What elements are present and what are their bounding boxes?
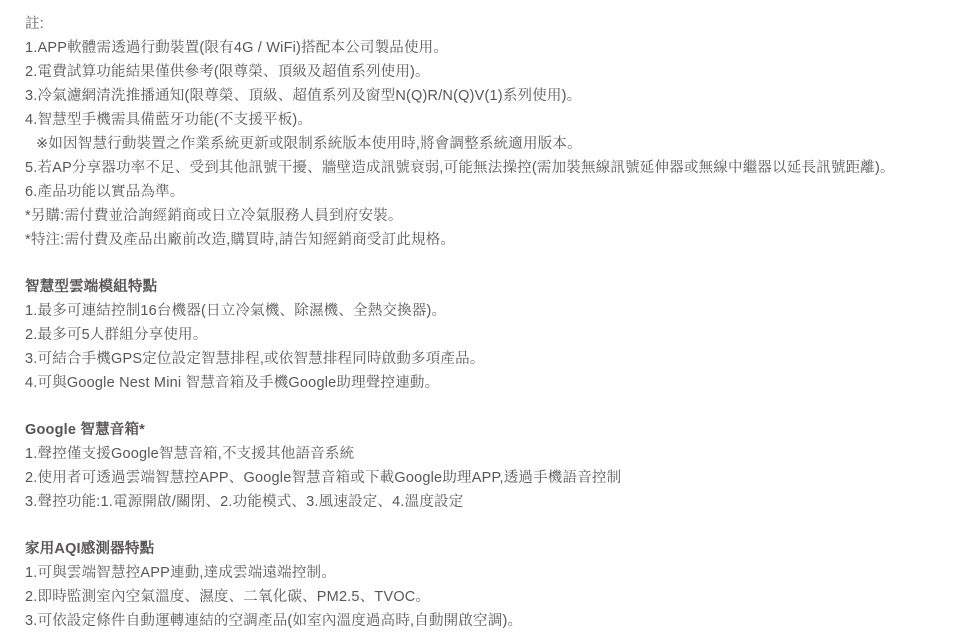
note-line: 3.冷氣濾網清洗推播通知(限尊榮、頂級、超值系列及窗型N(Q)R/N(Q)V(1… (25, 84, 950, 108)
note-line: 4.可與Google Nest Mini 智慧音箱及手機Google助理聲控連動… (25, 371, 950, 395)
note-line: 2.最多可5人群組分享使用。 (25, 323, 950, 347)
note-line: *另購:需付費並洽詢經銷商或日立冷氣服務人員到府安裝。 (25, 204, 950, 228)
notes-sections: 註:1.APP軟體需透過行動裝置(限有4G / WiFi)搭配本公司製品使用。2… (25, 12, 950, 633)
note-line: 2.即時監測室內空氣溫度、濕度、二氧化碳、PM2.5、TVOC。 (25, 585, 950, 609)
note-line: 2.電費試算功能結果僅供參考(限尊榮、頂級及超值系列使用)。 (25, 60, 950, 84)
section-heading: 註: (25, 12, 950, 36)
note-line: 1.APP軟體需透過行動裝置(限有4G / WiFi)搭配本公司製品使用。 (25, 36, 950, 60)
note-line: 3.聲控功能:1.電源開啟/關閉、2.功能模式、3.風速設定、4.溫度設定 (25, 490, 950, 514)
note-line: 1.聲控僅支援Google智慧音箱,不支援其他語音系統 (25, 442, 950, 466)
note-line: 4.智慧型手機需具備藍牙功能(不支援平板)。 (25, 108, 950, 132)
section-heading: Google 智慧音箱* (25, 418, 950, 442)
note-line: ※如因智慧行動裝置之作業系統更新或限制系統版本使用時,將會調整系統適用版本。 (25, 132, 950, 156)
section-cloud-module: 智慧型雲端模組特點1.最多可連結控制16台機器(日立冷氣機、除濕機、全熱交換器)… (25, 275, 950, 395)
section-heading: 家用AQI感測器特點 (25, 537, 950, 561)
section-notes: 註:1.APP軟體需透過行動裝置(限有4G / WiFi)搭配本公司製品使用。2… (25, 12, 950, 252)
section-aqi-sensor: 家用AQI感測器特點1.可與雲端智慧控APP連動,達成雲端遠端控制。2.即時監測… (25, 537, 950, 633)
note-line: 1.可與雲端智慧控APP連動,達成雲端遠端控制。 (25, 561, 950, 585)
note-line: 2.使用者可透過雲端智慧控APP、Google智慧音箱或下載Google助理AP… (25, 466, 950, 490)
note-line: *特注:需付費及產品出廠前改造,購買時,請告知經銷商受訂此規格。 (25, 228, 950, 252)
section-heading: 智慧型雲端模組特點 (25, 275, 950, 299)
product-notes-document: 註:1.APP軟體需透過行動裝置(限有4G / WiFi)搭配本公司製品使用。2… (0, 0, 954, 633)
note-line: 3.可結合手機GPS定位設定智慧排程,或依智慧排程同時啟動多項產品。 (25, 347, 950, 371)
note-line: 1.最多可連結控制16台機器(日立冷氣機、除濕機、全熱交換器)。 (25, 299, 950, 323)
note-line: 3.可依設定條件自動運轉連結的空調產品(如室內溫度過高時,自動開啟空調)。 (25, 609, 950, 633)
note-line: 6.產品功能以實品為準。 (25, 180, 950, 204)
note-line: 5.若AP分享器功率不足、受到其他訊號干擾、牆壁造成訊號衰弱,可能無法操控(需加… (25, 156, 950, 180)
section-google-speaker: Google 智慧音箱*1.聲控僅支援Google智慧音箱,不支援其他語音系統2… (25, 418, 950, 514)
